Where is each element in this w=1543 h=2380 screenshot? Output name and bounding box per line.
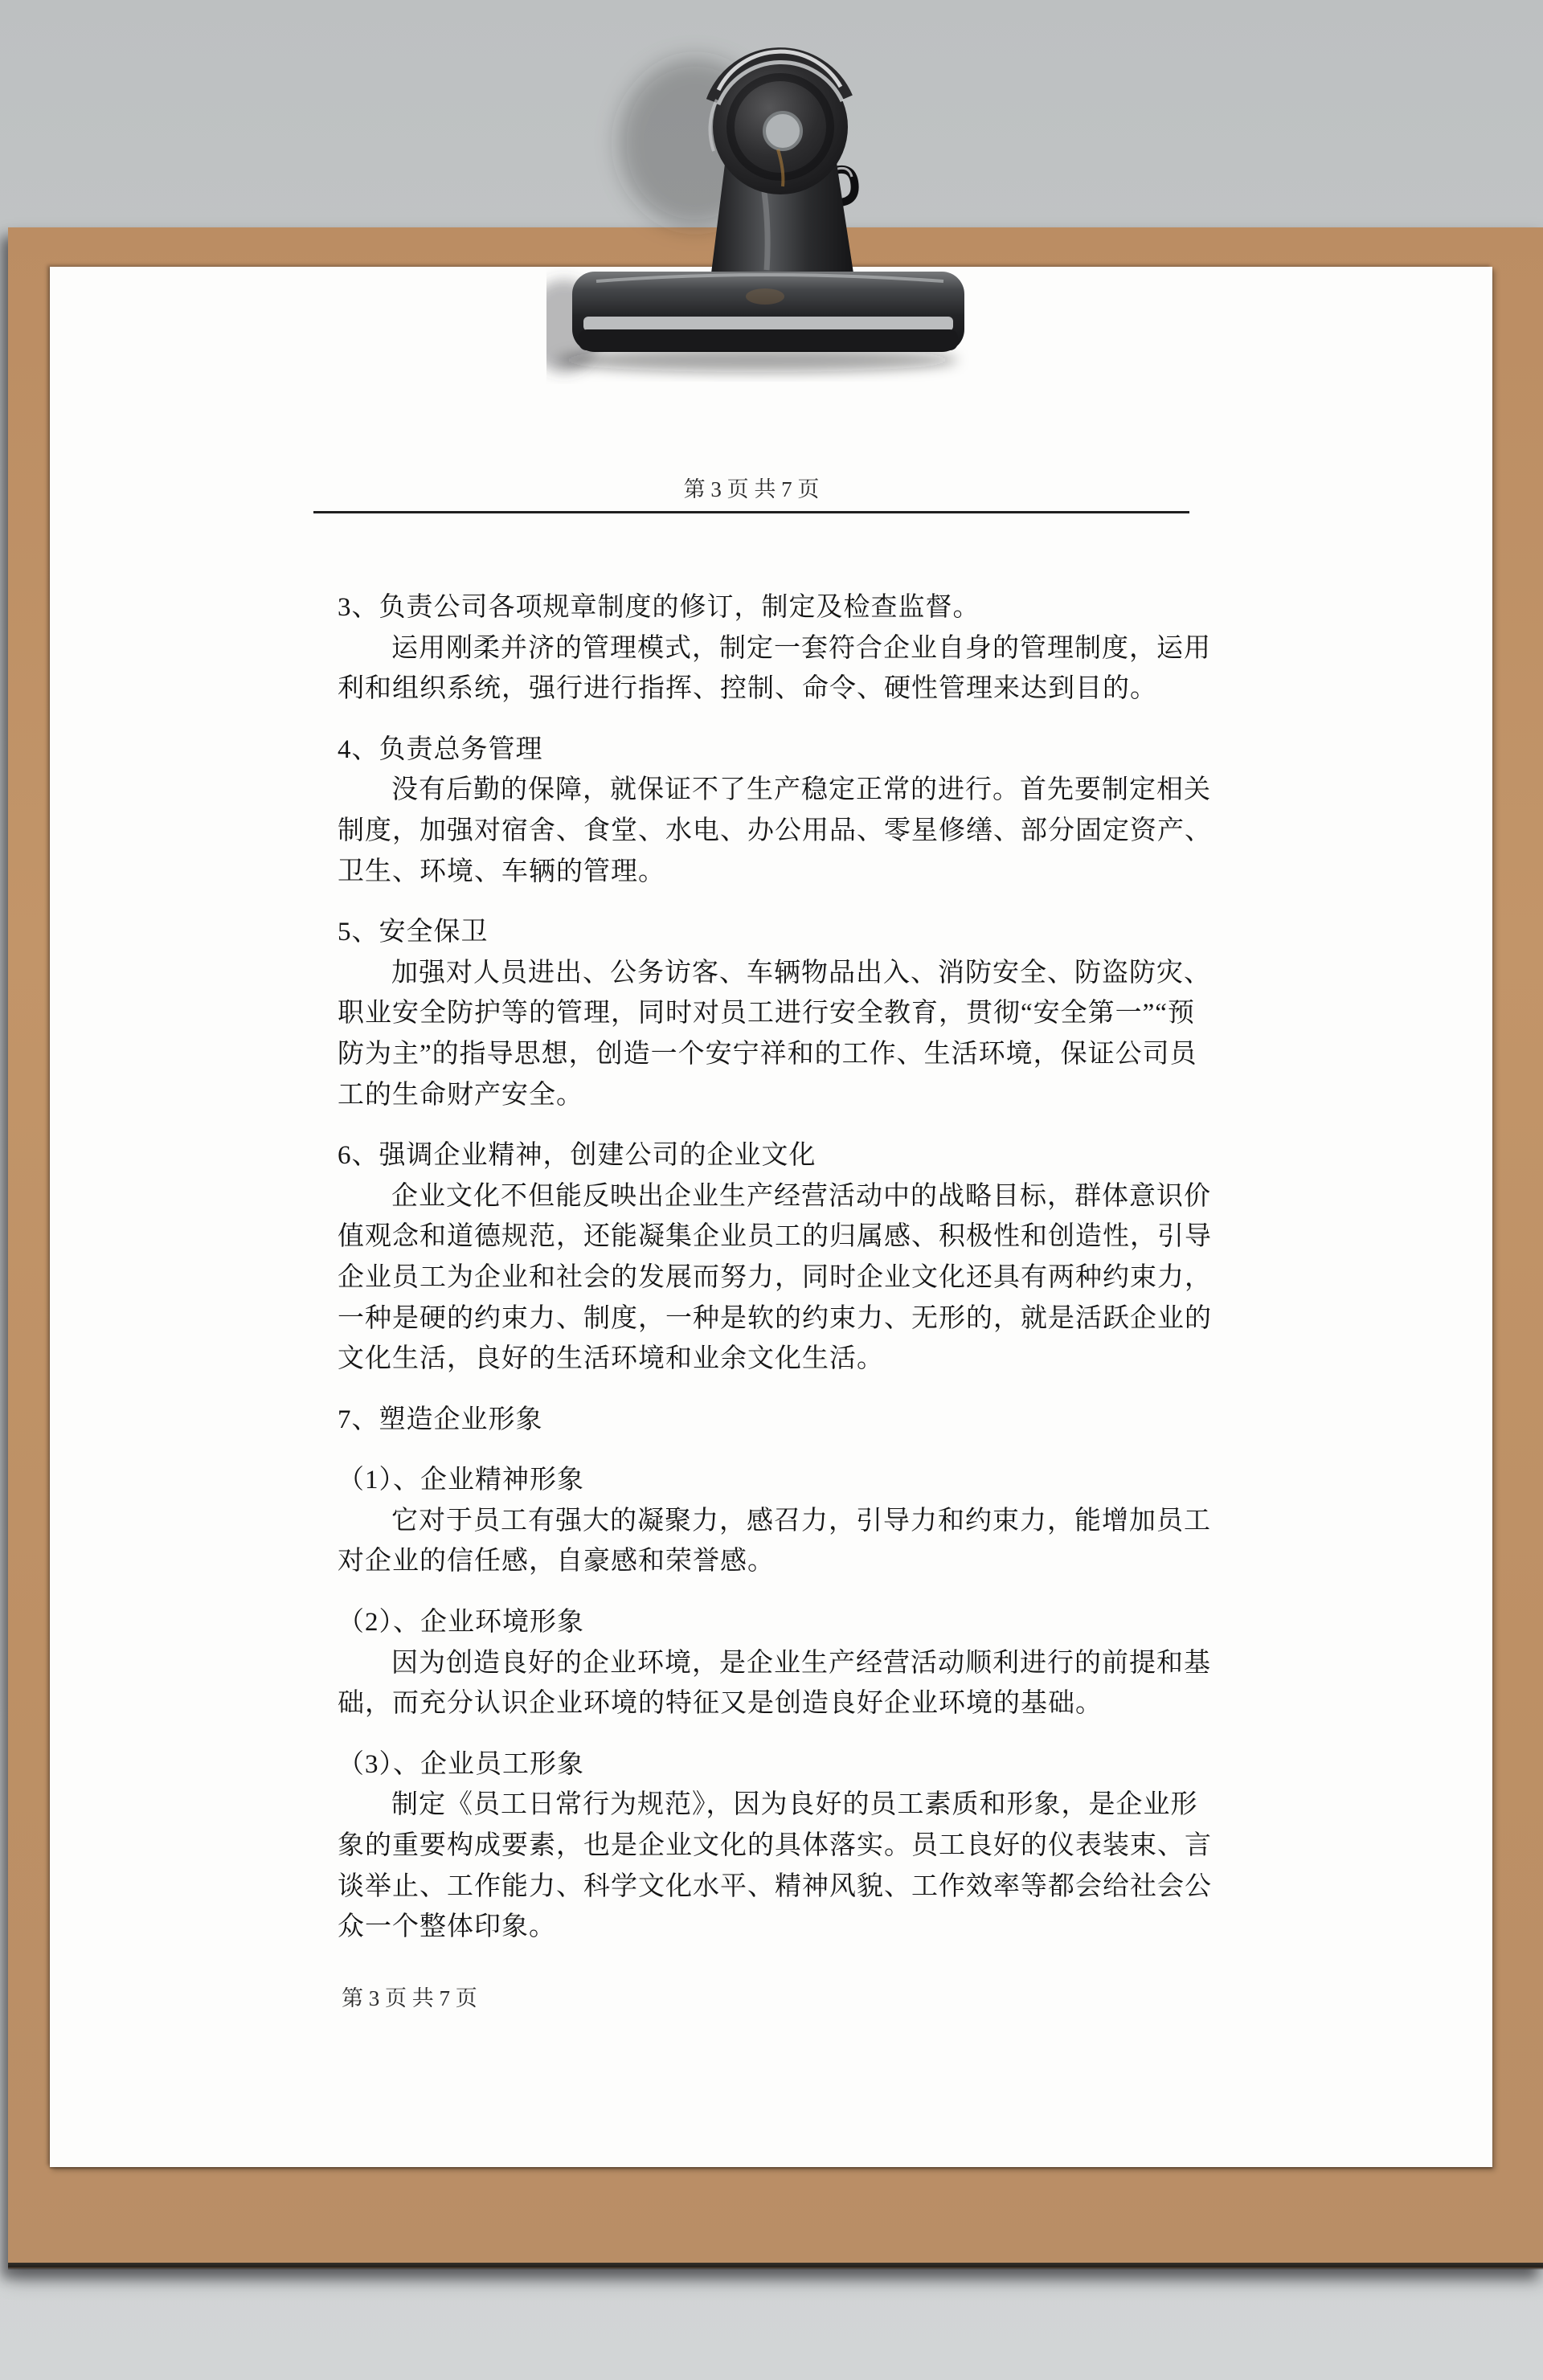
document-line: 制定《员工日常行为规范》，因为良好的员工素质和形象，是企业形	[338, 1785, 1246, 1826]
document-line: 因为创造良好的企业环境，是企业生产经营活动顺利进行的前提和基	[338, 1643, 1246, 1684]
page-footer: 第 3 页 共 7 页	[342, 1985, 477, 2012]
document-line: 象的重要构成要素，也是企业文化的具体落实。员工良好的仪表装束、言	[338, 1826, 1246, 1867]
document-line: 工的生命财产安全。	[338, 1075, 1246, 1116]
document-line: 企业员工为企业和社会的发展而努力，同时企业文化还具有两种约束力，	[338, 1257, 1246, 1298]
document-line: 企业文化不但能反映出企业生产经营活动中的战略目标，群体意识价	[338, 1176, 1246, 1217]
header-rule	[313, 511, 1189, 513]
document-line: 值观念和道德规范，还能凝集企业员工的归属感、积极性和创造性，引导	[338, 1217, 1246, 1257]
document-line: 5、安全保卫	[338, 912, 1246, 953]
document-line: 卫生、环境、车辆的管理。	[338, 852, 1246, 893]
document-line: （3）、企业员工形象	[338, 1744, 1246, 1785]
document-line: 它对于员工有强大的凝聚力，感召力，引导力和约束力，能增加员工	[338, 1501, 1246, 1542]
document-line: 7、塑造企业形象	[338, 1400, 1246, 1441]
document-line: 谈举止、工作能力、科学文化水平、精神风貌、工作效率等都会给社会公	[338, 1867, 1246, 1908]
document-page: 第 3 页 共 7 页 3、负责公司各项规章制度的修订，制定及检查监督。运用刚柔…	[50, 267, 1492, 2167]
binder-clip-icon	[546, 22, 980, 384]
document-line: 利和组织系统，强行进行指挥、控制、命令、硬性管理来达到目的。	[338, 669, 1246, 710]
document-line: 4、负责总务管理	[338, 730, 1246, 771]
document-line: 一种是硬的约束力、制度，一种是软的约束力、无形的，就是活跃企业的	[338, 1298, 1246, 1339]
document-line: 运用刚柔并济的管理模式，制定一套符合企业自身的管理制度，运用	[338, 628, 1246, 669]
document-line: 6、强调企业精神，创建公司的企业文化	[338, 1135, 1246, 1176]
document-line: 制度，加强对宿舍、食堂、水电、办公用品、零星修缮、部分固定资产、	[338, 811, 1246, 852]
document-line: （2）、企业环境形象	[338, 1602, 1246, 1643]
document-line: 防为主”的指导思想，创造一个安宁祥和的工作、生活环境，保证公司员	[338, 1034, 1246, 1075]
document-line: 对企业的信任感，自豪感和荣誉感。	[338, 1541, 1246, 1582]
document-line: 没有后勤的保障，就保证不了生产稳定正常的进行。首先要制定相关	[338, 770, 1246, 811]
document-line: 文化生活，良好的生活环境和业余文化生活。	[338, 1339, 1246, 1380]
document-line: 3、负责公司各项规章制度的修订，制定及检查监督。	[338, 587, 1246, 628]
document-line: （1）、企业精神形象	[338, 1460, 1246, 1501]
document-body: 3、负责公司各项规章制度的修订，制定及检查监督。运用刚柔并济的管理模式，制定一套…	[338, 587, 1246, 1948]
document-line: 职业安全防护等的管理，同时对员工进行安全教育，贯彻“安全第一”“预	[338, 993, 1246, 1034]
document-line: 础，而充分认识企业环境的特征又是创造良好企业环境的基础。	[338, 1683, 1246, 1724]
page-header: 第 3 页 共 7 页	[313, 476, 1189, 503]
document-line: 众一个整体印象。	[338, 1907, 1246, 1948]
document-line: 加强对人员进出、公务访客、车辆物品出入、消防安全、防盗防灾、	[338, 953, 1246, 994]
photo-stage: 第 3 页 共 7 页 3、负责公司各项规章制度的修订，制定及检查监督。运用刚柔…	[0, 0, 1543, 2380]
